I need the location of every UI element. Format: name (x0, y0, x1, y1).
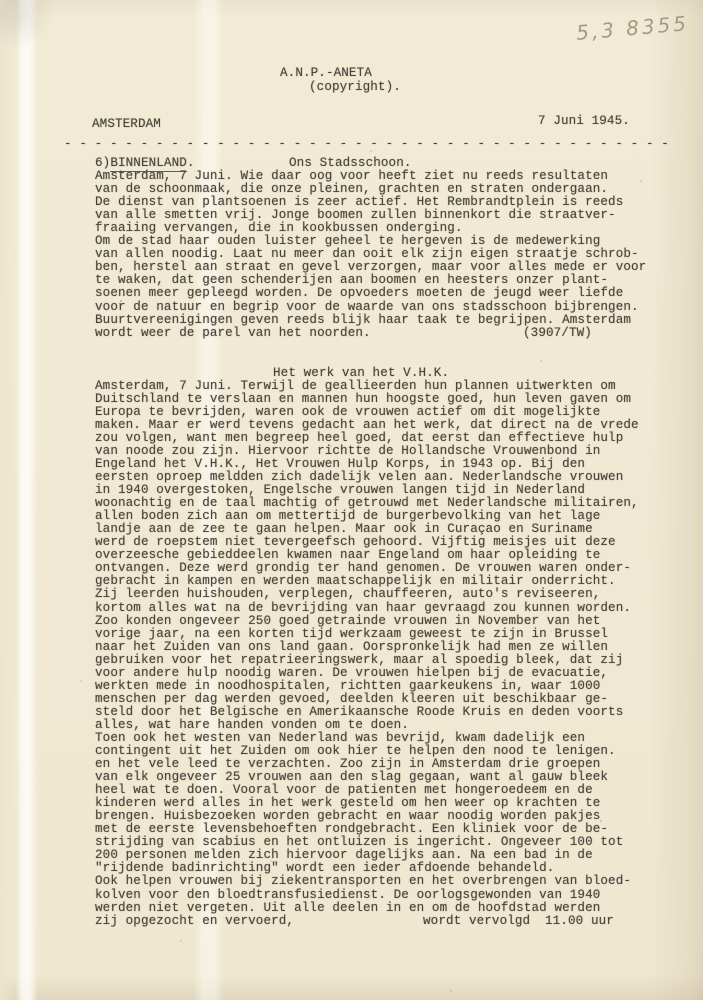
text-line: Buurtvereenigingen geven reeds blijk haa… (95, 314, 670, 327)
time-note: 11.00 uur (545, 915, 614, 928)
article-body: Amsterdam, 7 Juni. Wie daar oog voor hee… (95, 170, 670, 340)
agency-name: A.N.P.-ANETA (280, 66, 372, 80)
text-line: Zij leerden huishouden, verplegen, chauf… (95, 588, 670, 601)
continuation-note: wordt vervolgd (423, 915, 530, 928)
text-line: gebruiken voor het repatrieeringswerk, m… (95, 654, 670, 667)
text-line: Duitschland te verslaan en mannen hun ho… (95, 393, 670, 406)
article-heading-row: 6)BINNENLAND. Ons Stadsschoon. (95, 157, 670, 170)
article-title: Ons Stadsschoon. (289, 157, 412, 170)
dateline-city: AMSTERDAM (92, 117, 161, 131)
text-line: Europa te bevrijden, waren ook de vrouwe… (95, 406, 670, 419)
text-line: kolven voor den bloedtransfusiedienst. D… (95, 889, 670, 902)
text-line: steld door het Belgische en Amerikaansch… (95, 706, 670, 719)
text-line: soenen meer gepleegd worden. De opvoeder… (95, 287, 670, 300)
text-line: werkten mede in noodhospitalen, richtten… (95, 680, 670, 693)
text-line: voor de natuur en begrip voor de waarde … (95, 301, 670, 314)
text-line: Amsterdam, 7 Juni. Terwijl de geallieerd… (95, 380, 670, 393)
text-line: maken. Maar er werd tevens gedacht aan h… (95, 419, 670, 432)
text-line: kortom alles wat na de bevrijding van ha… (95, 602, 670, 615)
article-signoff: (3907/TW) (523, 327, 592, 340)
article-vhk: Het werk van het V.H.K. Amsterdam, 7 Jun… (95, 367, 670, 928)
article-title: Het werk van het V.H.K. (273, 367, 703, 380)
text-line: alles, wat hare handen vonden om te doen… (95, 719, 670, 732)
article-stadsschoon: 6)BINNENLAND. Ons Stadsschoon. Amsterdam… (95, 157, 670, 340)
text-column: 6)BINNENLAND. Ons Stadsschoon. Amsterdam… (95, 157, 670, 928)
text-line: Ook helpen vrouwen bij ziekentransporten… (95, 875, 670, 888)
section-label: 6)BINNENLAND. (95, 157, 195, 170)
text-line: naar het Zuiden van ons land gaan. Oorsp… (95, 641, 670, 654)
dateline-date: 7 Juni 1945. (538, 114, 630, 128)
pencil-archive-number: 5,3 8355 (575, 11, 690, 45)
section-title: BINNENLAND (110, 156, 187, 172)
text-line: vorige jaar, na een korten tijd werkzaam… (95, 628, 670, 641)
section-number: 6) (95, 156, 110, 170)
text-line: werden niet vergeten. Uit alle deelen in… (95, 902, 670, 915)
text-line: voor andere hulp noodig waren. De vrouwe… (95, 667, 670, 680)
dashed-divider: - - - - - - - - - - - - - - - - - - - - … (64, 137, 680, 151)
article-body: Amsterdam, 7 Juni. Terwijl de geallieerd… (95, 380, 670, 928)
text-line: menschen per dag werden gevoed, deelden … (95, 693, 670, 706)
text-line: zou volgen, want men begreep heel goed, … (95, 432, 670, 445)
copyright-line: (copyright). (309, 80, 401, 94)
section-dot: . (187, 156, 195, 170)
scanned-document-page: 5,3 8355 A.N.P.-ANETA (copyright). AMSTE… (0, 0, 703, 1000)
text-line: Zoo konden ongeveer 250 goed getrainde v… (95, 615, 670, 628)
